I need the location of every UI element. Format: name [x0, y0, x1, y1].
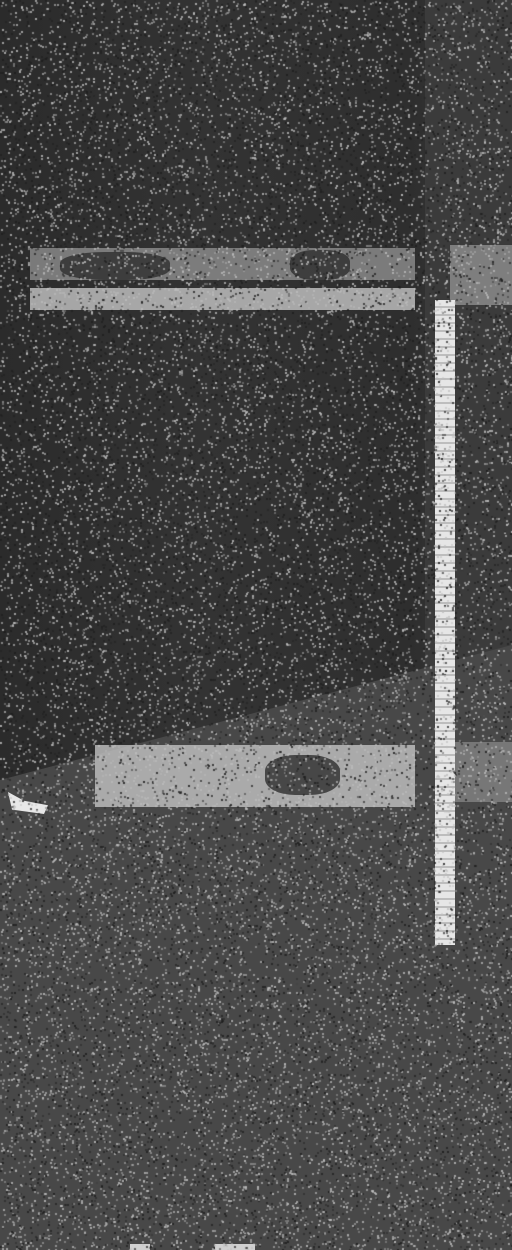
stripe-wear-patch — [265, 755, 340, 795]
lower-stripe — [95, 745, 415, 807]
upper-stripe-bottom — [30, 288, 415, 310]
bottom-mark — [130, 1244, 150, 1250]
upper-stripe-right — [450, 245, 512, 305]
lower-stripe-right — [455, 742, 512, 802]
stripe-wear-patch — [60, 252, 170, 280]
road-photo — [0, 0, 512, 1250]
bottom-mark — [215, 1244, 255, 1250]
stripe-wear-patch — [290, 250, 350, 280]
vertical-lane-line — [435, 300, 455, 945]
